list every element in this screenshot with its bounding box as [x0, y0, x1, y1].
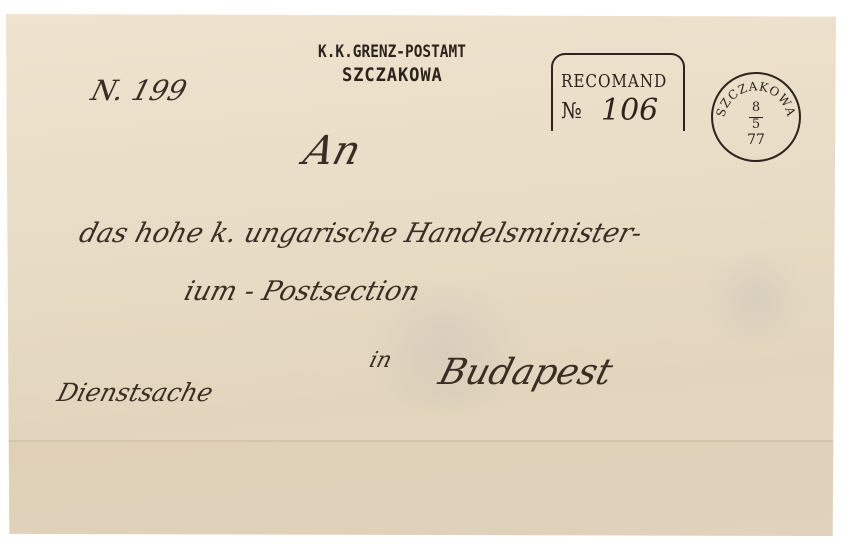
stain — [696, 254, 816, 344]
datestamp-year: 77 — [713, 132, 799, 148]
circular-datestamp: SZCZAKOWA 8 5 77 — [711, 72, 801, 162]
registration-label: RECOMAND — [561, 71, 667, 92]
addressee-line1: das hohe k. ungarische Handelsminister- — [76, 218, 646, 249]
envelope-flap — [6, 442, 836, 536]
destination: Budapest — [435, 352, 617, 393]
registration-number: 106 — [601, 93, 658, 128]
datestamp-month: 5 — [713, 117, 799, 132]
handstamp-line2: SZCZAKOWA — [342, 64, 443, 86]
reference-number: N. 199 — [88, 74, 191, 107]
registration-box: RECOMAND № 106 — [551, 53, 685, 131]
addressee-line2: ium - Postsection — [181, 276, 423, 307]
service-note: Dienstsache — [54, 378, 216, 407]
datestamp-day: 8 — [713, 100, 799, 115]
handstamp-line1: K.K.GRENZ-POSTAMT — [318, 42, 466, 62]
registration-number-prefix: № — [561, 99, 582, 124]
